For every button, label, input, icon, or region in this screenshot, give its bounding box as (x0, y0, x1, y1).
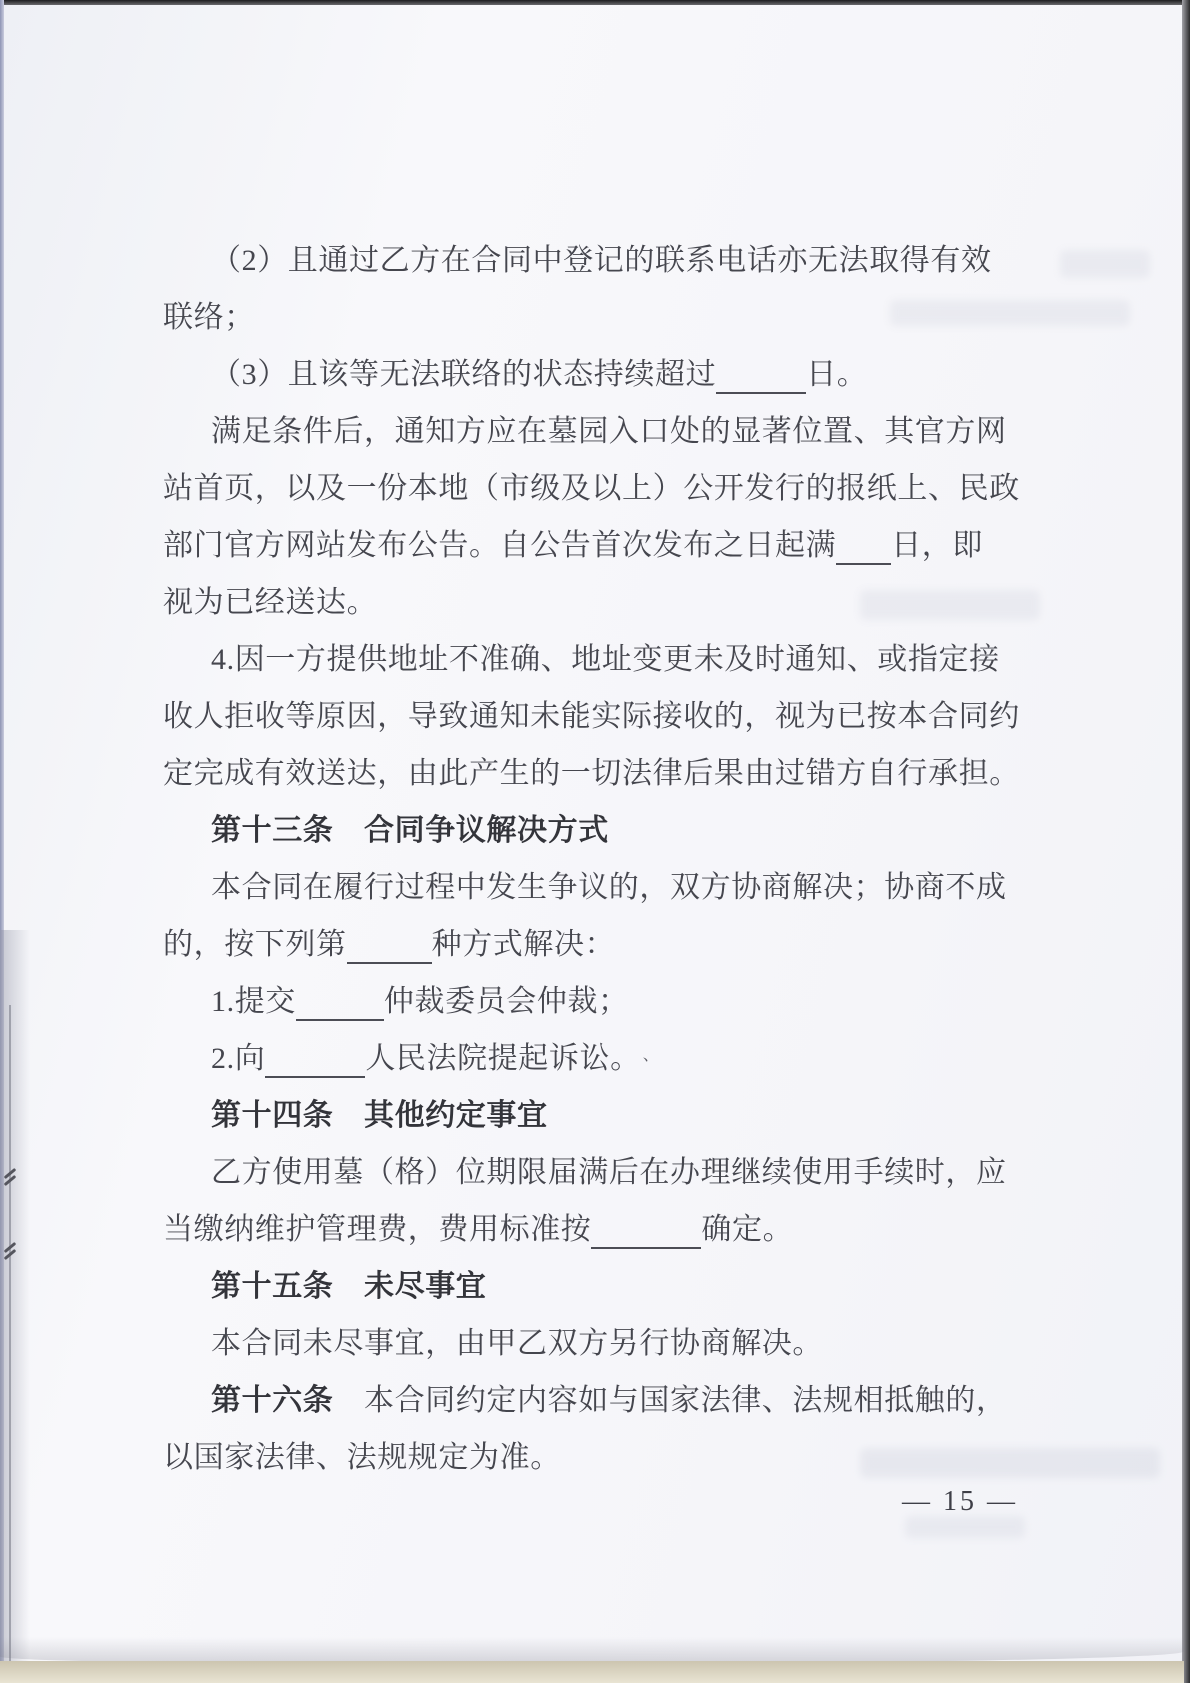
body-text: 乙方使用墓（格）位期限届满后在办理继续使用手续时，应 (211, 1147, 1007, 1191)
stray-ink-mark: 、 (643, 1042, 660, 1065)
text-line: 部门官方网站发布公告。自公告首次发布之日起满日，即 (163, 513, 983, 570)
body-text: 仲裁委员会仲裁； (384, 976, 629, 1020)
text-line: 乙方使用墓（格）位期限届满后在办理继续使用手续时，应 (163, 1140, 983, 1197)
body-text: 本合同在履行过程中发生争议的，双方协商解决；协商不成 (211, 862, 1007, 906)
body-text: （2）且通过乙方在合同中登记的联系电话亦无法取得有效 (211, 235, 992, 279)
body-text: 部门官方网站发布公告。自公告首次发布之日起满 (163, 520, 836, 564)
body-text: 满足条件后，通知方应在墓园入口处的显著位置、其官方网 (211, 406, 1007, 450)
text-line: 视为已经送达。 (163, 570, 983, 627)
body-text: 1.提交 (211, 976, 296, 1020)
body-text: 本合同未尽事宜，由甲乙双方另行协商解决。 (211, 1318, 823, 1362)
text-line: 第十五条 未尽事宜 (163, 1254, 983, 1311)
binding-shadow (0, 930, 30, 1683)
text-line: 的，按下列第种方式解决： (163, 912, 983, 969)
body-text: 日。 (806, 349, 867, 393)
clause-heading-text: 第十三条 合同争议解决方式 (211, 805, 609, 849)
contract-text: （2）且通过乙方在合同中登记的联系电话亦无法取得有效联络；（3）且该等无法联络的… (163, 228, 983, 1482)
clause-heading-text: 第十五条 未尽事宜 (211, 1261, 486, 1305)
text-line: 以国家法律、法规规定为准。 (163, 1425, 983, 1482)
text-line: 收人拒收等原因，导致通知未能实际接收的，视为已按本合同约 (163, 684, 983, 741)
body-text: 人民法院提起诉讼。 (365, 1033, 640, 1077)
text-line: 1.提交仲裁委员会仲裁； (163, 969, 983, 1026)
bleed-through-artifact (1060, 250, 1150, 278)
text-line: 联络； (163, 285, 983, 342)
blank-fill-in-field (836, 527, 891, 565)
text-line: 当缴纳维护管理费，费用标准按确定。 (163, 1197, 983, 1254)
body-text: 本合同约定内容如与国家法律、法规相抵触的， (333, 1375, 1006, 1419)
body-text: 联络； (163, 292, 255, 336)
binding-crease-line (9, 1005, 11, 1665)
clause-heading-text: 第十六条 (211, 1375, 333, 1419)
blank-fill-in-field (265, 1040, 365, 1078)
text-line: （2）且通过乙方在合同中登记的联系电话亦无法取得有效 (163, 228, 983, 285)
text-line: 第十三条 合同争议解决方式 (163, 798, 983, 855)
bleed-through-artifact (905, 1516, 1025, 1538)
text-line: 第十六条 本合同约定内容如与国家法律、法规相抵触的， (163, 1368, 983, 1425)
body-text: 4.因一方提供地址不准确、地址变更未及时通知、或指定接 (211, 634, 1000, 678)
body-text: 确定。 (701, 1204, 793, 1248)
blank-fill-in-field (296, 983, 384, 1021)
body-text: 的，按下列第 (163, 919, 347, 963)
blank-fill-in-field (591, 1211, 701, 1249)
text-line: 定完成有效送达，由此产生的一切法律后果由过错方自行承担。 (163, 741, 983, 798)
page-curl-shadow (0, 1637, 1184, 1663)
text-line: 本合同在履行过程中发生争议的，双方协商解决；协商不成 (163, 855, 983, 912)
body-text: 站首页，以及一份本地（市级及以上）公开发行的报纸上、民政 (163, 463, 1020, 507)
text-line: 2.向人民法院提起诉讼。、 (163, 1026, 983, 1083)
body-text: 定完成有效送达，由此产生的一切法律后果由过错方自行承担。 (163, 748, 1020, 792)
body-text: 收人拒收等原因，导致通知未能实际接收的，视为已按本合同约 (163, 691, 1020, 735)
body-text: 视为已经送达。 (163, 577, 377, 621)
scanner-top-edge (0, 0, 1190, 5)
body-text: 种方式解决： (432, 919, 616, 963)
body-text: 当缴纳维护管理费，费用标准按 (163, 1204, 591, 1248)
blank-fill-in-field (716, 356, 806, 394)
page-number: — 15 — (902, 1486, 1018, 1518)
clause-heading-text: 第十四条 其他约定事宜 (211, 1090, 548, 1134)
text-line: 满足条件后，通知方应在墓园入口处的显著位置、其官方网 (163, 399, 983, 456)
body-text: 日，即 (891, 520, 983, 564)
text-line: 第十四条 其他约定事宜 (163, 1083, 983, 1140)
text-line: （3）且该等无法联络的状态持续超过日。 (163, 342, 983, 399)
body-text: （3）且该等无法联络的状态持续超过 (211, 349, 716, 393)
text-line: 4.因一方提供地址不准确、地址变更未及时通知、或指定接 (163, 627, 983, 684)
body-text: 以国家法律、法规规定为准。 (163, 1432, 561, 1476)
page-curl-edge (0, 1661, 1184, 1683)
blank-fill-in-field (347, 926, 432, 964)
scanner-right-edge (1182, 0, 1190, 1683)
text-line: 站首页，以及一份本地（市级及以上）公开发行的报纸上、民政 (163, 456, 983, 513)
text-line: 本合同未尽事宜，由甲乙双方另行协商解决。 (163, 1311, 983, 1368)
body-text: 2.向 (211, 1033, 265, 1077)
